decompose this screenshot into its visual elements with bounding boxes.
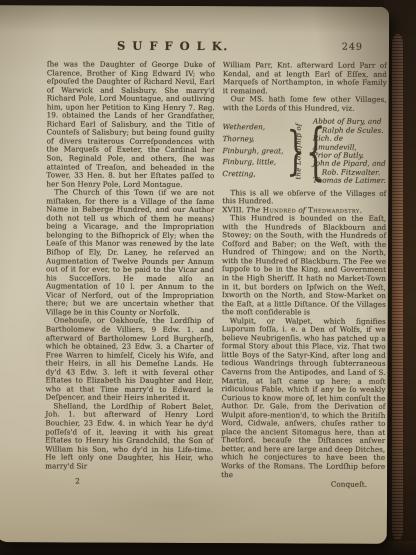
running-title: S U F F O L K. [117, 39, 229, 53]
page-edges-stack [392, 34, 403, 540]
page-number: 249 [342, 42, 363, 53]
paragraph: ſhe was the Daughter of George Duke of C… [46, 60, 215, 189]
catchword: Conqueſt. [221, 480, 385, 489]
paragraph: Wulpit, or Walpet, which ſignifies Lupor… [221, 317, 386, 480]
signature-mark: 2 [45, 478, 213, 487]
paragraph: Our MS. hath ſome few other Villages, wi… [223, 95, 387, 113]
paragraph: Onehouſe, or Oakhouſe, the Lordſhip of B… [45, 317, 213, 403]
paragraph: Shelland, the Lordſhip of Robert Belet, … [45, 402, 213, 471]
left-column: ſhe was the Daughter of George Duke of C… [45, 60, 215, 488]
text-block: S U F F O L K. 249 ſhe was the Daughter … [45, 33, 387, 489]
table-connector-label: the Lordſhip of [294, 120, 303, 182]
page-header: S U F F O L K. 249 [47, 33, 387, 58]
village-list: Wetherden, Thorney, Finburgh, great, Fin… [222, 123, 284, 179]
closing-brace-icon: } [286, 125, 291, 177]
villages-lords-table: Wetherden, Thorney, Finburgh, great, Fin… [222, 117, 386, 185]
paragraph: This is all we obſerve of the Villages o… [222, 189, 386, 207]
two-column-text: ſhe was the Daughter of George Duke of C… [45, 60, 387, 489]
village-item: Thorney, [223, 135, 285, 144]
paragraph: William Parr, Knt. afterward Lord Parr o… [223, 61, 387, 96]
right-column: William Parr, Knt. afterward Lord Parr o… [221, 61, 387, 489]
paragraph: This Hundred is bounded on the Eaſt, wit… [222, 214, 386, 317]
book-page: S U F F O L K. 249 ſhe was the Daughter … [0, 5, 389, 544]
village-item: Wetherden, [223, 123, 285, 132]
village-item: Cretting, [222, 170, 284, 179]
village-item: Finburg, little, [222, 159, 284, 168]
village-item: Finburgh, great, [223, 147, 285, 156]
opening-brace-icon: { [306, 120, 311, 182]
paragraph: The Church of this Town (if we are not m… [46, 189, 215, 318]
